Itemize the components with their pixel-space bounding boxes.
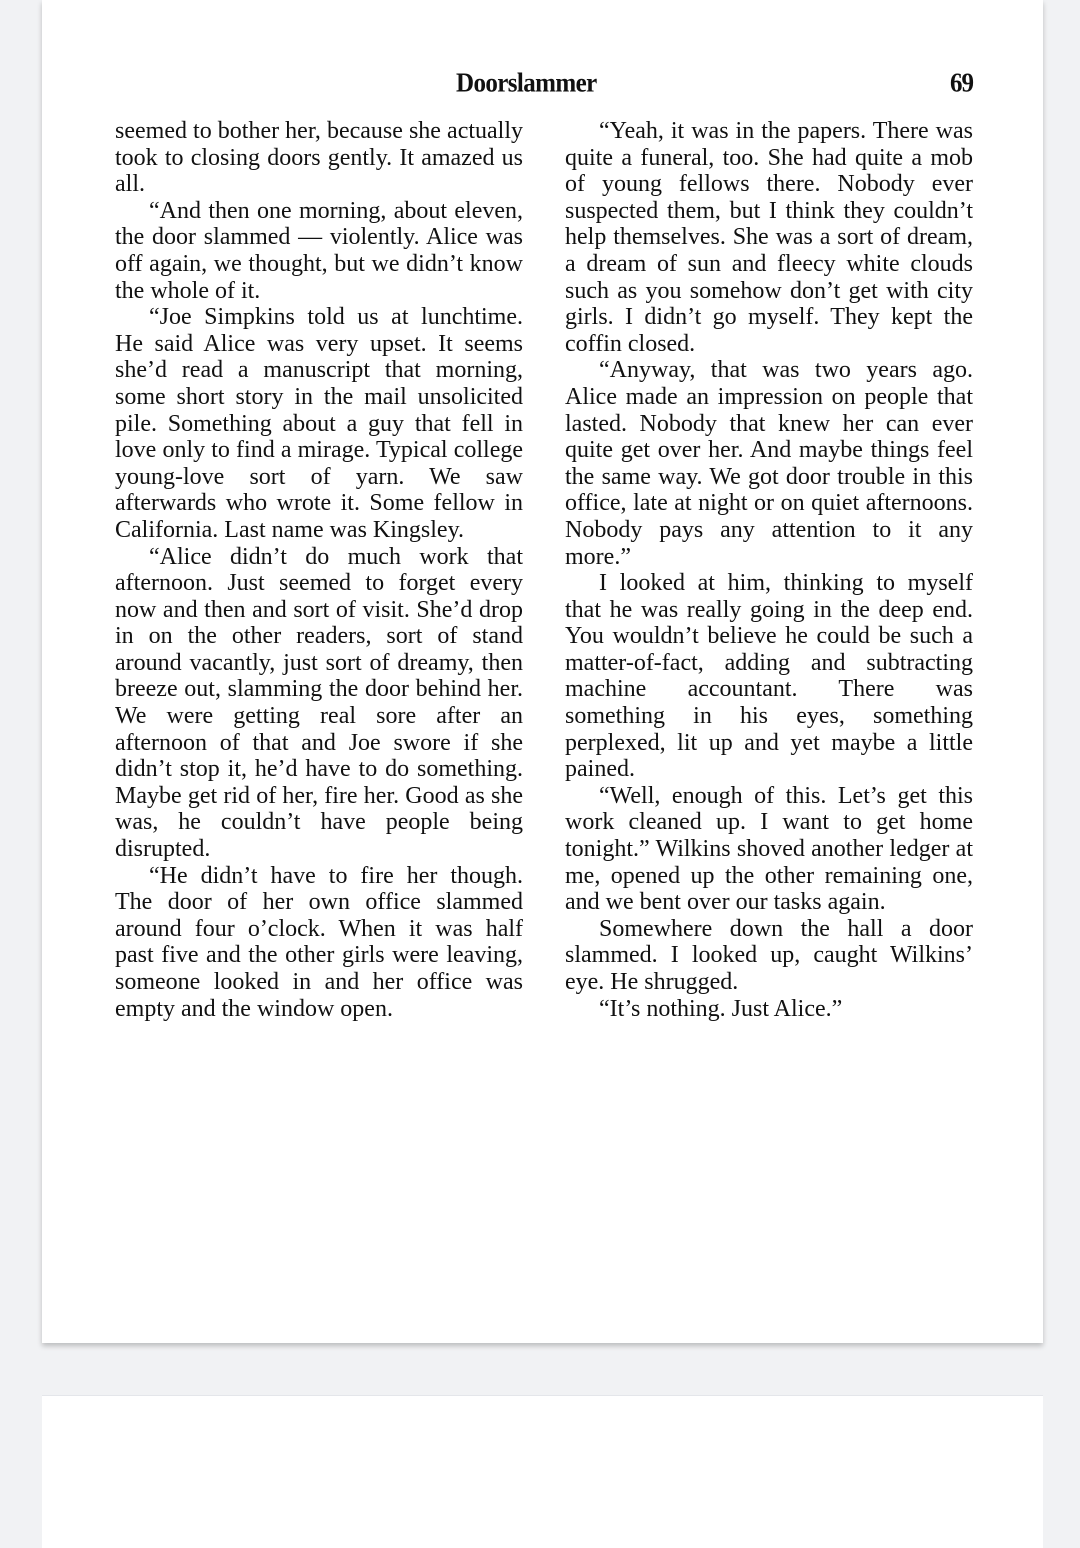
running-header: Doorslammer 69 <box>42 70 1043 104</box>
left-text-column: seemed to bother her, because she actual… <box>115 118 523 1022</box>
paragraph: “Alice didn’t do much work that afternoo… <box>115 544 523 863</box>
paragraph: Somewhere down the hall a door slammed. … <box>565 916 973 996</box>
page-number: 69 <box>950 69 973 100</box>
paragraph: “Well, enough of this. Let’s get this wo… <box>565 783 973 916</box>
paragraph: “Joe Simpkins told us at lunchtime. He s… <box>115 304 523 543</box>
paragraph: “Anyway, that was two years ago. Alice m… <box>565 357 973 570</box>
paragraph: I looked at him, thinking to myself that… <box>565 570 973 783</box>
right-text-column: “Yeah, it was in the papers. There was q… <box>565 118 973 1022</box>
next-document-page <box>42 1395 1043 1548</box>
paragraph: “And then one morning, about eleven, the… <box>115 198 523 304</box>
paragraph: “Yeah, it was in the papers. There was q… <box>565 118 973 357</box>
paragraph: seemed to bother her, because she actual… <box>115 118 523 198</box>
paragraph: “He didn’t have to fire her though. The … <box>115 863 523 1023</box>
document-viewer[interactable]: Doorslammer 69 seemed to bother her, bec… <box>0 0 1080 1548</box>
running-title: Doorslammer <box>456 69 597 100</box>
paragraph: “It’s nothing. Just Alice.” <box>565 996 973 1023</box>
document-page: Doorslammer 69 seemed to bother her, bec… <box>42 0 1043 1343</box>
